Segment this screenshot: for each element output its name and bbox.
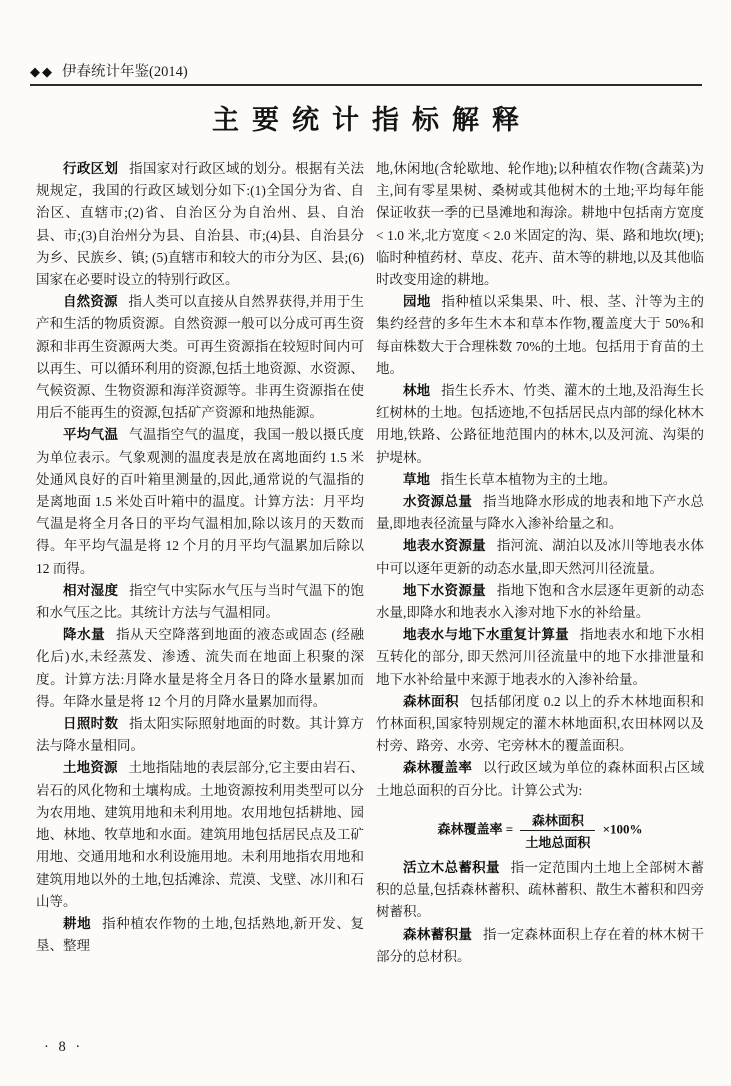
definition-paragraph: 森林覆盖率以行政区域为单位的森林面积占区域土地总面积的百分比。计算公式为:	[376, 757, 704, 801]
term-label: 行政区划	[63, 161, 118, 176]
definition-paragraph: 平均气温气温指空气的温度，我国一般以摄氏度为单位表示。气象观测的温度表是放在离地…	[36, 424, 364, 579]
definition-paragraph: 活立木总蓄积量指一定范围内土地上全部树木蓄积的总量,包括森林蓄积、疏林蓄积、散生…	[376, 857, 704, 924]
term-label: 降水量	[63, 627, 105, 642]
definition-paragraph: 园地指种植以采集果、叶、根、茎、汁等为主的集约经营的多年生木本和草本作物,覆盖度…	[376, 291, 704, 380]
term-label: 草地	[403, 472, 430, 487]
definition-paragraph: 耕地指种植农作物的土地,包括熟地,新开发、复垦、整理	[36, 913, 364, 957]
term-label: 水资源总量	[403, 494, 472, 509]
definition-paragraph: 日照时数指太阳实际照射地面的时数。其计算方法与降水量相同。	[36, 713, 364, 757]
formula-suffix: ×100%	[603, 821, 643, 836]
yearbook-page: ◆◆伊春统计年鉴(2014) 主要统计指标解释 行政区划指国家对行政区域的划分。…	[0, 0, 731, 1086]
formula-numerator: 森林面积	[520, 810, 595, 830]
definition-paragraph: 地表水与地下水重复计算量指地表水和地下水相互转化的部分, 即天然河川径流量中的地…	[376, 624, 704, 691]
definition-paragraph: 自然资源指人类可以直接从自然界获得,并用于生产和生活的物质资源。自然资源一般可以…	[36, 291, 364, 424]
term-label: 园地	[403, 294, 431, 309]
definition-paragraph: 水资源总量指当地降水形成的地表和地下产水总量,即地表径流量与降水入渗补给量之和。	[376, 491, 704, 535]
definition-paragraph: 相对湿度指空气中实际水气压与当时气温下的饱和水气压之比。其统计方法与气温相同。	[36, 580, 364, 624]
definition-paragraph: 林地指生长乔木、竹类、灌木的土地,及沿海生长红树林的土地。包括迹地,不包括居民点…	[376, 380, 704, 469]
term-label: 森林蓄积量	[403, 927, 472, 942]
header-rule	[30, 84, 702, 86]
page-header: ◆◆伊春统计年鉴(2014)	[30, 60, 188, 81]
term-label: 自然资源	[63, 294, 118, 309]
formula-fraction: 森林面积土地总面积	[520, 810, 595, 851]
definition-paragraph: 地下水资源量指地下饱和含水层逐年更新的动态水量,即降水和地表水入渗对地下水的补给…	[376, 580, 704, 624]
content-columns: 行政区划指国家对行政区域的划分。根据有关法规规定，我国的行政区域划分如下:(1)…	[36, 158, 704, 968]
definition-paragraph: 行政区划指国家对行政区域的划分。根据有关法规规定，我国的行政区域划分如下:(1)…	[36, 158, 364, 291]
formula-denominator: 土地总面积	[520, 830, 595, 851]
page-title: 主要统计指标解释	[0, 98, 731, 137]
definition-paragraph: 草地指生长草本植物为主的土地。	[376, 469, 704, 491]
formula-lhs: 森林覆盖率 =	[437, 821, 513, 836]
term-label: 活立木总蓄积量	[403, 860, 500, 875]
left-column: 行政区划指国家对行政区域的划分。根据有关法规规定，我国的行政区域划分如下:(1)…	[36, 158, 364, 968]
definition-paragraph: 森林蓄积量指一定森林面积上存在着的林木树干部分的总材积。	[376, 924, 704, 968]
term-label: 日照时数	[63, 716, 118, 731]
header-title: 伊春统计年鉴(2014)	[62, 64, 188, 80]
term-label: 林地	[403, 383, 430, 398]
page-number: · 8 ·	[44, 1039, 83, 1056]
term-label: 地表水与地下水重复计算量	[403, 627, 569, 642]
term-label: 土地资源	[63, 760, 118, 775]
diamond-icons: ◆◆	[30, 64, 54, 79]
term-label: 森林面积	[403, 694, 459, 709]
term-label: 相对湿度	[63, 583, 118, 598]
definition-paragraph: 地表水资源量指河流、湖泊以及冰川等地表水体中可以逐年更新的动态水量,即天然河川径…	[376, 535, 704, 579]
term-label: 森林覆盖率	[403, 760, 472, 775]
forest-coverage-formula: 森林覆盖率 = 森林面积土地总面积 ×100%	[376, 810, 704, 851]
term-label: 耕地	[63, 916, 91, 931]
definition-paragraph: 降水量指从天空降落到地面的液态或固态 (经融化后)水,未经蒸发、渗透、流失而在地…	[36, 624, 364, 713]
term-label: 地表水资源量	[403, 538, 486, 553]
right-column: 地,休闲地(含轮歇地、轮作地);以种植农作物(含蔬菜)为主,间有零星果树、桑树或…	[376, 158, 704, 968]
definition-paragraph: 森林面积包括郁闭度 0.2 以上的乔木林地面积和竹林面积,国家特别规定的灌木林地…	[376, 691, 704, 758]
definition-paragraph: 地,休闲地(含轮歇地、轮作地);以种植农作物(含蔬菜)为主,间有零星果树、桑树或…	[376, 158, 704, 291]
definition-paragraph: 土地资源土地指陆地的表层部分,它主要由岩石、岩石的风化物和土壤构成。土地资源按利…	[36, 757, 364, 912]
term-label: 平均气温	[63, 427, 118, 442]
term-label: 地下水资源量	[403, 583, 486, 598]
